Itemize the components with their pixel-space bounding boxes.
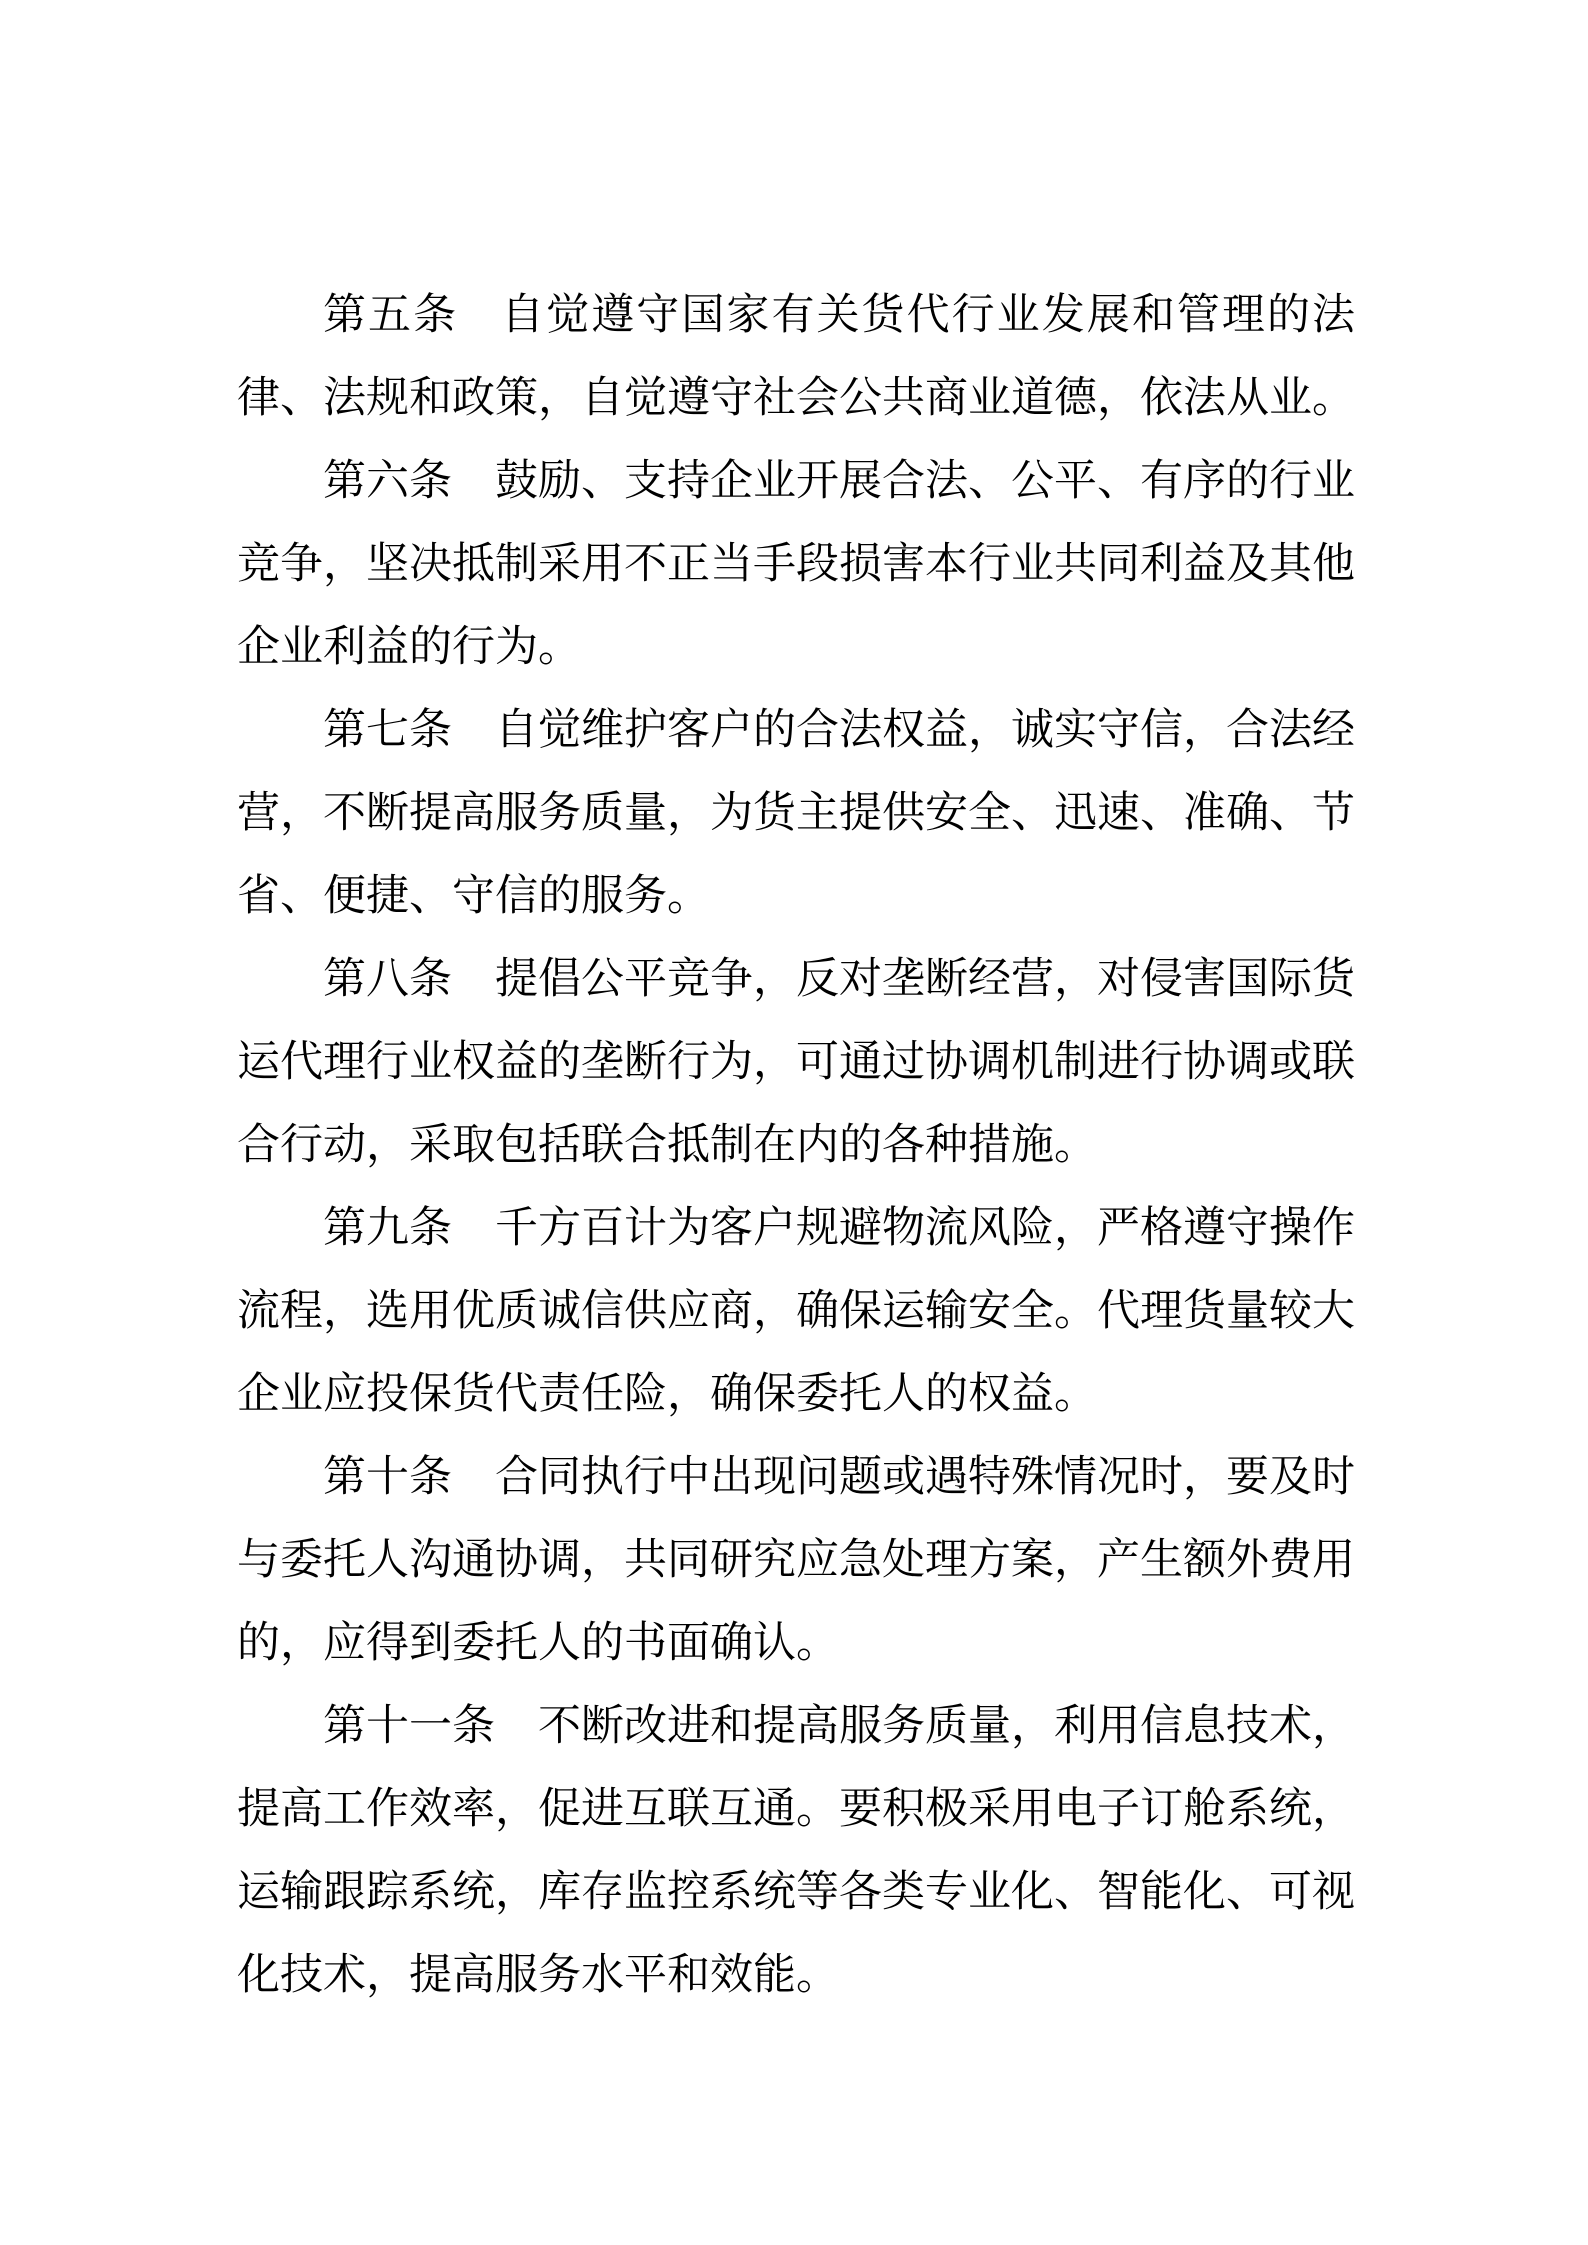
article-10-label: 第十条 [323,1454,452,1501]
article-5-label: 第五条 [323,292,458,339]
article-6-label: 第六条 [323,458,452,505]
paragraph-article-5: 第五条自觉遵守国家有关货代行业发展和管理的法律、法规和政策，自觉遵守社会公共商业… [237,274,1355,440]
paragraph-article-9: 第九条千方百计为客户规避物流风险，严格遵守操作流程，选用优质诚信供应商，确保运输… [237,1187,1355,1436]
article-9-label: 第九条 [323,1205,452,1252]
paragraph-article-8: 第八条提倡公平竞争，反对垄断经营，对侵害国际货运代理行业权益的垄断行为，可通过协… [237,938,1355,1187]
document-body: 第五条自觉遵守国家有关货代行业发展和管理的法律、法规和政策，自觉遵守社会公共商业… [237,274,1355,2017]
paragraph-article-6: 第六条鼓励、支持企业开展合法、公平、有序的行业竞争，坚决抵制采用不正当手段损害本… [237,440,1355,689]
document-page: 第五条自觉遵守国家有关货代行业发展和管理的法律、法规和政策，自觉遵守社会公共商业… [0,0,1588,2245]
article-11-label: 第十一条 [323,1703,495,1750]
article-7-label: 第七条 [323,707,452,754]
paragraph-article-7: 第七条自觉维护客户的合法权益，诚实守信，合法经营，不断提高服务质量，为货主提供安… [237,689,1355,938]
paragraph-article-11: 第十一条不断改进和提高服务质量，利用信息技术，提高工作效率，促进互联互通。要积极… [237,1685,1355,2017]
paragraph-article-10: 第十条合同执行中出现问题或遇特殊情况时，要及时与委托人沟通协调，共同研究应急处理… [237,1436,1355,1685]
article-8-label: 第八条 [323,956,452,1003]
